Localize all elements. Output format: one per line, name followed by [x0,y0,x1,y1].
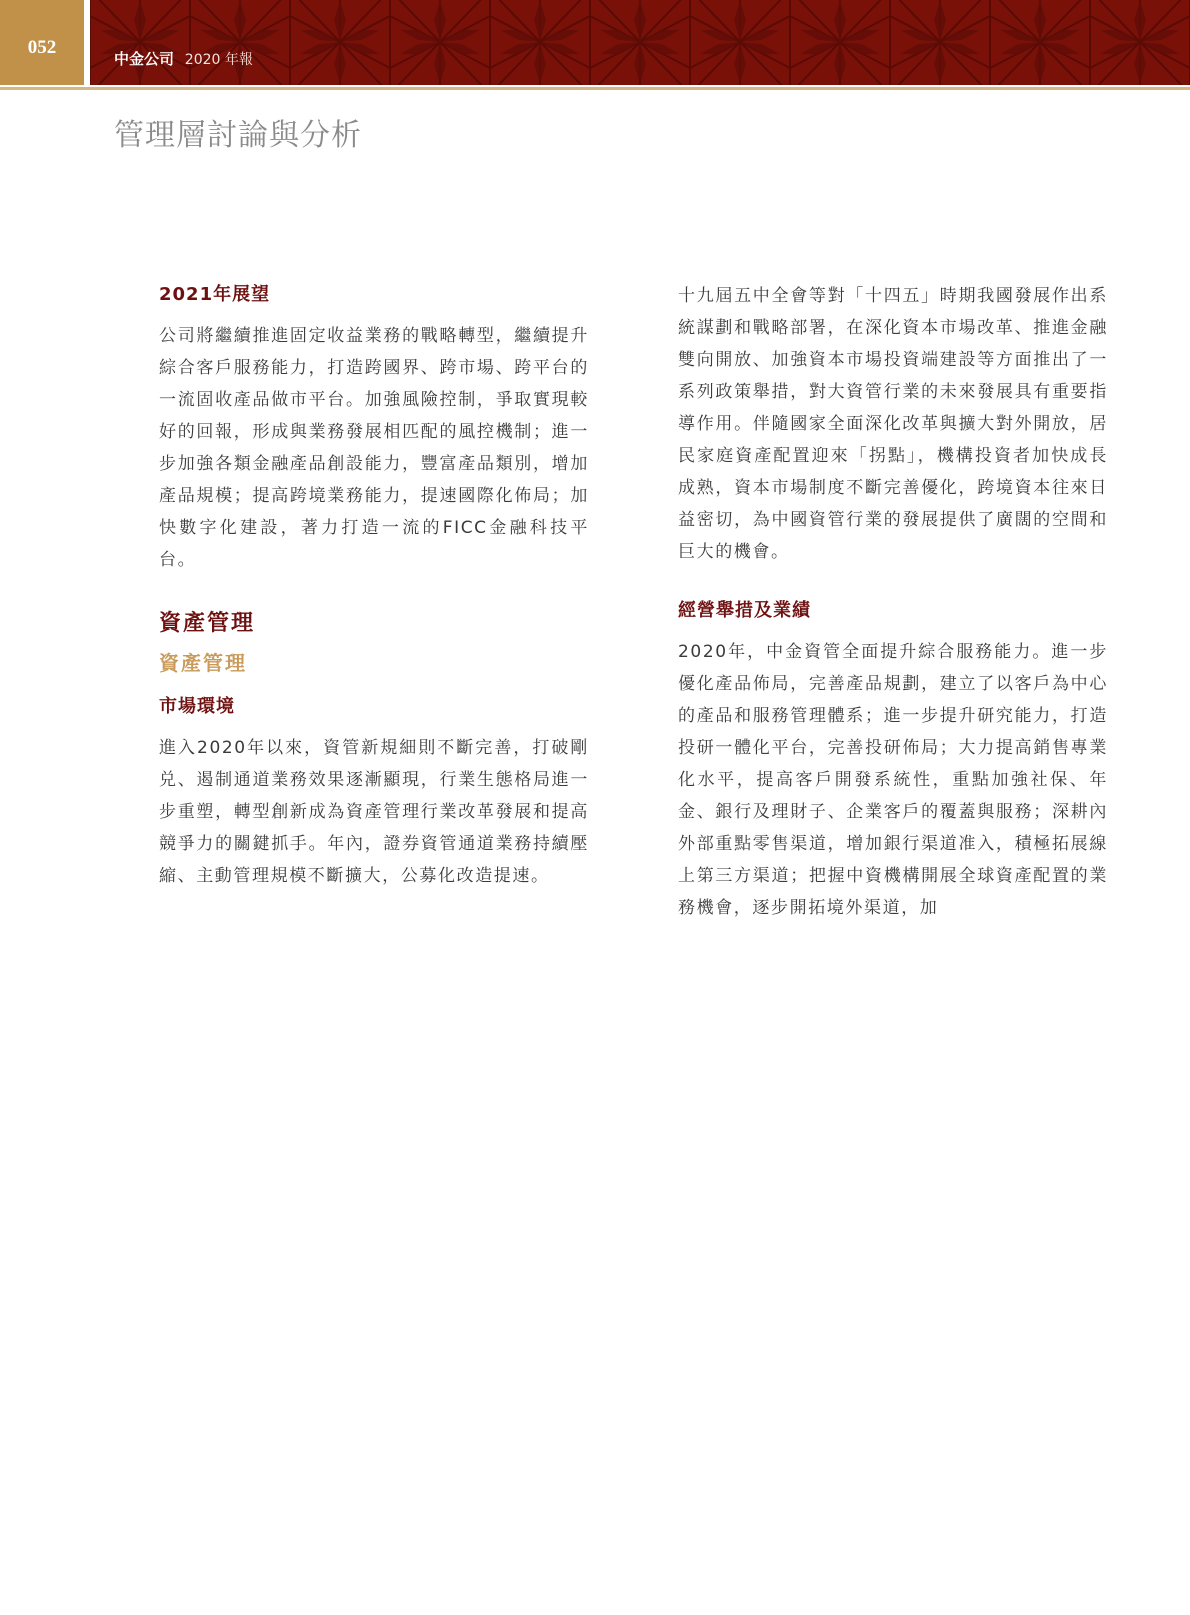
page-header: 052 [0,0,1190,92]
page-number: 052 [28,37,57,59]
ops-paragraph: 2020年，中金資管全面提升綜合服務能力。進一步優化產品佈局，完善產品規劃，建立… [678,636,1108,924]
asanoha-pattern-icon [90,0,1190,85]
page-number-box: 052 [0,0,84,85]
banner-title: 中金公司 2020 年報 [114,48,253,69]
continued-paragraph: 十九屆五中全會等對「十四五」時期我國發展作出系統謀劃和戰略部署，在深化資本市場改… [678,280,1108,568]
report-name: 2020 年報 [185,52,253,68]
page-title: 管理層討論與分析 [114,110,362,154]
market-heading: 市場環境 [159,692,589,718]
section-heading: 資產管理 [159,606,589,637]
outlook-heading: 2021年展望 [159,280,589,306]
header-divider [0,87,1190,90]
company-name: 中金公司 [114,50,174,68]
outlook-paragraph: 公司將繼續推進固定收益業務的戰略轉型，繼續提升綜合客戶服務能力，打造跨國界、跨市… [159,320,589,576]
market-paragraph: 進入2020年以來，資管新規細則不斷完善，打破剛兑、遏制通道業務效果逐漸顯現，行… [159,732,589,892]
header-banner: 中金公司 2020 年報 [90,0,1190,85]
ops-heading: 經營舉措及業績 [678,596,1108,622]
subsection-heading: 資產管理 [159,647,589,676]
right-column: 十九屆五中全會等對「十四五」時期我國發展作出系統謀劃和戰略部署，在深化資本市場改… [678,280,1108,924]
left-column: 2021年展望 公司將繼續推進固定收益業務的戰略轉型，繼續提升綜合客戶服務能力，… [159,280,589,892]
